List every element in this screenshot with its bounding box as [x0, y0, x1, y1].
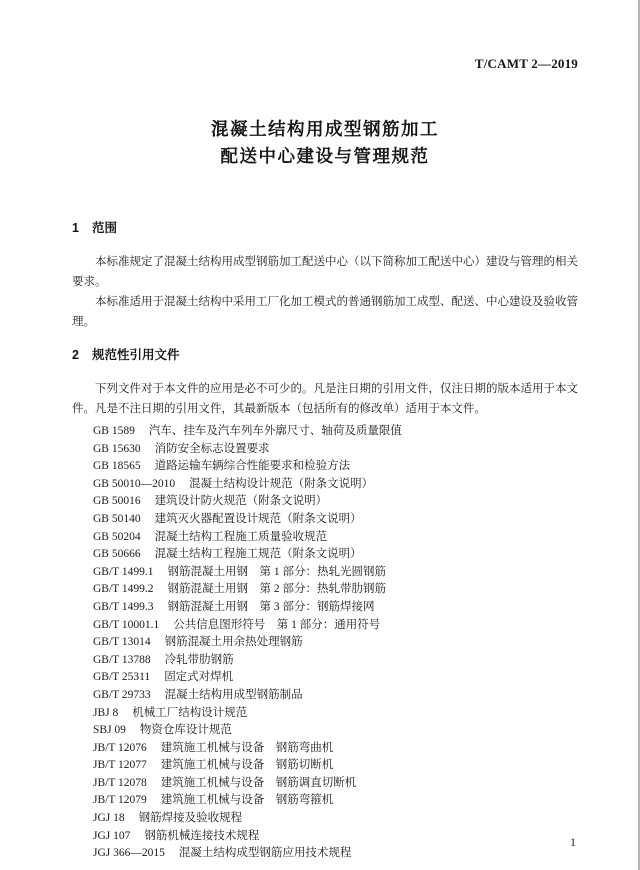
reference-item: GB/T 13788冷轧带肋钢筋 [93, 652, 578, 670]
reference-title: 建筑灭火器配置设计规范（附条文说明） [155, 513, 362, 525]
reference-title: 钢筋机械连接技术规程 [144, 830, 259, 842]
reference-item: GB 18565道路运输车辆综合性能要求和检验方法 [93, 458, 578, 476]
reference-code: GB 50016 [93, 495, 141, 507]
reference-code: GB/T 1499.2 [93, 583, 154, 595]
reference-item: JGJ 107钢筋机械连接技术规程 [93, 828, 578, 846]
reference-code: JGJ 18 [93, 812, 125, 824]
reference-item: GB/T 25311固定式对焊机 [93, 669, 578, 687]
reference-title: 混凝土结构工程施工质量验收规范 [155, 531, 328, 543]
reference-title: 建筑设计防火规范（附条文说明） [155, 495, 328, 507]
reference-item: GB 1589汽车、挂车及汽车列车外廓尺寸、轴荷及质量限值 [93, 423, 578, 441]
reference-title: 建筑施工机械与设备 钢筋切断机 [161, 759, 334, 771]
reference-item: GB/T 13014钢筋混凝土用余热处理钢筋 [93, 634, 578, 652]
reference-code: GB 1589 [93, 425, 135, 437]
reference-code: GB/T 13014 [93, 636, 151, 648]
reference-title: 建筑施工机械与设备 钢筋弯箍机 [161, 794, 334, 806]
section-1-paragraph-2: 本标准适用于混凝土结构中采用工厂化加工模式的普通钢筋加工成型、配送、中心建设及验… [72, 292, 578, 332]
reference-item: GB/T 10001.1公共信息图形符号 第 1 部分：通用符号 [93, 617, 578, 635]
reference-title: 钢筋混凝土用钢 第 3 部分：钢筋焊接网 [168, 601, 375, 613]
section-1-number: 1 [72, 221, 79, 235]
reference-title: 消防安全标志设置要求 [155, 443, 270, 455]
section-2-heading: 2规范性引用文件 [72, 349, 578, 362]
reference-code: GB/T 1499.3 [93, 601, 154, 613]
reference-code: GB/T 29733 [93, 689, 151, 701]
reference-item: JB/T 12078建筑施工机械与设备 钢筋调直切断机 [93, 775, 578, 793]
reference-item: GB/T 1499.3钢筋混凝土用钢 第 3 部分：钢筋焊接网 [93, 599, 578, 617]
reference-code: GB 50140 [93, 513, 141, 525]
reference-item: JB/T 12077建筑施工机械与设备 钢筋切断机 [93, 757, 578, 775]
reference-code: GB 15630 [93, 443, 141, 455]
reference-title: 建筑施工机械与设备 钢筋弯曲机 [161, 742, 334, 754]
reference-title: 钢筋焊接及验收规程 [139, 812, 243, 824]
reference-title: 钢筋混凝土用钢 第 1 部分：热轧光圆钢筋 [168, 566, 387, 578]
reference-code: JB/T 12079 [93, 794, 147, 806]
reference-code: JB/T 12076 [93, 742, 147, 754]
reference-title: 冷轧带肋钢筋 [165, 654, 234, 666]
section-1-paragraph-1: 本标准规定了混凝土结构用成型钢筋加工配送中心（以下简称加工配送中心）建设与管理的… [72, 252, 578, 292]
reference-code: SBJ 09 [93, 724, 126, 736]
reference-title: 物资仓库设计规范 [140, 724, 232, 736]
doc-code: T/CAMT 2—2019 [475, 56, 578, 71]
reference-title: 钢筋混凝土用钢 第 2 部分：热轧带肋钢筋 [168, 583, 387, 595]
reference-item: GB/T 1499.2钢筋混凝土用钢 第 2 部分：热轧带肋钢筋 [93, 581, 578, 599]
reference-item: GB/T 29733混凝土结构用成型钢筋制品 [93, 687, 578, 705]
reference-title: 道路运输车辆综合性能要求和检验方法 [155, 460, 351, 472]
reference-item: SBJ 09物资仓库设计规范 [93, 722, 578, 740]
reference-item: JB/T 12076建筑施工机械与设备 钢筋弯曲机 [93, 740, 578, 758]
reference-code: JBJ 8 [93, 707, 118, 719]
reference-item: GB 50666混凝土结构工程施工规范（附条文说明） [93, 546, 578, 564]
reference-code: JB/T 12078 [93, 777, 147, 789]
reference-title: 钢筋混凝土用余热处理钢筋 [165, 636, 303, 648]
reference-code: GB/T 1499.1 [93, 566, 154, 578]
doc-title-line-1: 混凝土结构用成型钢筋加工 [72, 116, 578, 143]
reference-title: 混凝土结构设计规范（附条文说明） [189, 478, 373, 490]
reference-item: GB 50010—2010混凝土结构设计规范（附条文说明） [93, 476, 578, 494]
section-2-heading-text: 规范性引用文件 [92, 348, 180, 362]
reference-title: 机械工厂结构设计规范 [132, 707, 247, 719]
section-1-heading: 1范围 [72, 222, 578, 235]
reference-item: GB 15630消防安全标志设置要求 [93, 441, 578, 459]
reference-code: GB/T 10001.1 [93, 619, 159, 631]
reference-item: JGJ 18钢筋焊接及验收规程 [93, 810, 578, 828]
section-2-intro: 下列文件对于本文件的应用是必不可少的。凡是注日期的引用文件，仅注日期的版本适用于… [72, 379, 578, 419]
reference-item: JB/T 12079建筑施工机械与设备 钢筋弯箍机 [93, 792, 578, 810]
reference-title: 汽车、挂车及汽车列车外廓尺寸、轴荷及质量限值 [149, 425, 402, 437]
section-2-number: 2 [72, 348, 79, 362]
doc-title: 混凝土结构用成型钢筋加工 配送中心建设与管理规范 [72, 116, 578, 170]
reference-code: GB 18565 [93, 460, 141, 472]
reference-code: GB/T 25311 [93, 671, 150, 683]
reference-item: GB 50204混凝土结构工程施工质量验收规范 [93, 529, 578, 547]
reference-code: JGJ 107 [93, 830, 130, 842]
reference-item: GB 50016建筑设计防火规范（附条文说明） [93, 493, 578, 511]
document-page: T/CAMT 2—2019 混凝土结构用成型钢筋加工 配送中心建设与管理规范 1… [0, 0, 640, 870]
reference-item: JBJ 8机械工厂结构设计规范 [93, 705, 578, 723]
reference-title: 公共信息图形符号 第 1 部分：通用符号 [173, 619, 380, 631]
reference-list: GB 1589汽车、挂车及汽车列车外廓尺寸、轴荷及质量限值 GB 15630消防… [93, 423, 578, 863]
reference-title: 混凝土结构工程施工规范（附条文说明） [155, 548, 362, 560]
reference-code: GB 50204 [93, 531, 141, 543]
reference-title: 混凝土结构成型钢筋应用技术规程 [179, 847, 352, 859]
section-1-heading-text: 范围 [92, 221, 117, 235]
reference-code: GB/T 13788 [93, 654, 151, 666]
reference-item: JGJ 366—2015混凝土结构成型钢筋应用技术规程 [93, 845, 578, 863]
reference-code: JGJ 366—2015 [93, 847, 165, 859]
page-content: 1范围 本标准规定了混凝土结构用成型钢筋加工配送中心（以下简称加工配送中心）建设… [72, 222, 578, 863]
reference-title: 建筑施工机械与设备 钢筋调直切断机 [161, 777, 357, 789]
reference-code: JB/T 12077 [93, 759, 147, 771]
reference-title: 混凝土结构用成型钢筋制品 [165, 689, 303, 701]
reference-title: 固定式对焊机 [164, 671, 233, 683]
page-number: 1 [570, 835, 576, 849]
reference-item: GB 50140建筑灭火器配置设计规范（附条文说明） [93, 511, 578, 529]
reference-code: GB 50010—2010 [93, 478, 175, 490]
doc-title-line-2: 配送中心建设与管理规范 [72, 143, 578, 170]
reference-item: GB/T 1499.1钢筋混凝土用钢 第 1 部分：热轧光圆钢筋 [93, 564, 578, 582]
reference-code: GB 50666 [93, 548, 141, 560]
